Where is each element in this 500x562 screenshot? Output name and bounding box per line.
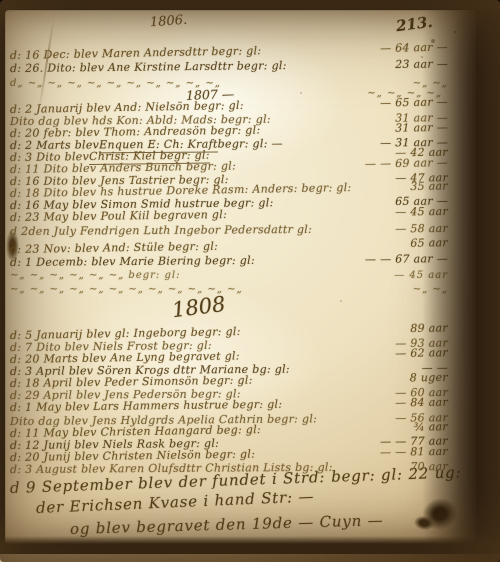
entry-age: — — 81 aar	[374, 446, 448, 459]
entry-age: — 65 aar —	[374, 96, 448, 109]
year-heading-1806: 1806.	[150, 13, 188, 31]
entry-age: — — 67 aar —	[359, 253, 448, 266]
entry-age: — 45 aar	[388, 270, 448, 282]
entry-age: — 84 aar	[389, 397, 448, 410]
frame-bottom-edge	[0, 554, 500, 562]
entry-age: — 58 aar	[389, 223, 448, 235]
frame-bottom	[0, 536, 500, 554]
entry-age: 23 aar —	[389, 58, 448, 71]
ditto-marks: ∼„ ∼„	[407, 284, 448, 296]
manuscript-photo: 1806. 213. d: 16 Dec: blev Maren Andersd…	[0, 0, 500, 562]
frame-left	[0, 0, 6, 562]
entry-age: 35 aar	[404, 180, 448, 193]
entry-age: — 62 aar	[389, 347, 448, 360]
ditto-marks-row: ∼„ ∼„ ∼„ ∼„ ∼„ ∼„ ∼„ ∼„ ∼„ ∼„ ∼„ ∼„ ∼„ ∼…	[10, 284, 448, 296]
entry-age: — 45 aar	[389, 206, 448, 219]
ditto-marks: ∼„ ∼„ ∼„ ∼„ ∼„ ∼„ begr: gl:	[10, 270, 180, 282]
entry-age: 65 aar	[404, 237, 448, 250]
entry-age: — 64 aar —	[374, 42, 448, 55]
entry-age: ¾ aar	[408, 421, 448, 434]
ditto-marks-row: ∼„ ∼„ ∼„ ∼„ ∼„ ∼„ begr: gl: — 45 aar	[10, 270, 448, 282]
entry-text: d: 1 Decemb: blev Marie Biering begr: gl…	[10, 255, 255, 269]
entry-age: — — 69 aar —	[359, 157, 448, 170]
entry-age: 8 uger	[404, 372, 448, 385]
entry-text: d 2den July Fendrigen Luth Ingebor Peder…	[10, 224, 312, 238]
entry-age: 89 aar	[404, 322, 448, 335]
entry-age: 31 aar —	[389, 122, 448, 135]
frame-top	[0, 0, 500, 11]
